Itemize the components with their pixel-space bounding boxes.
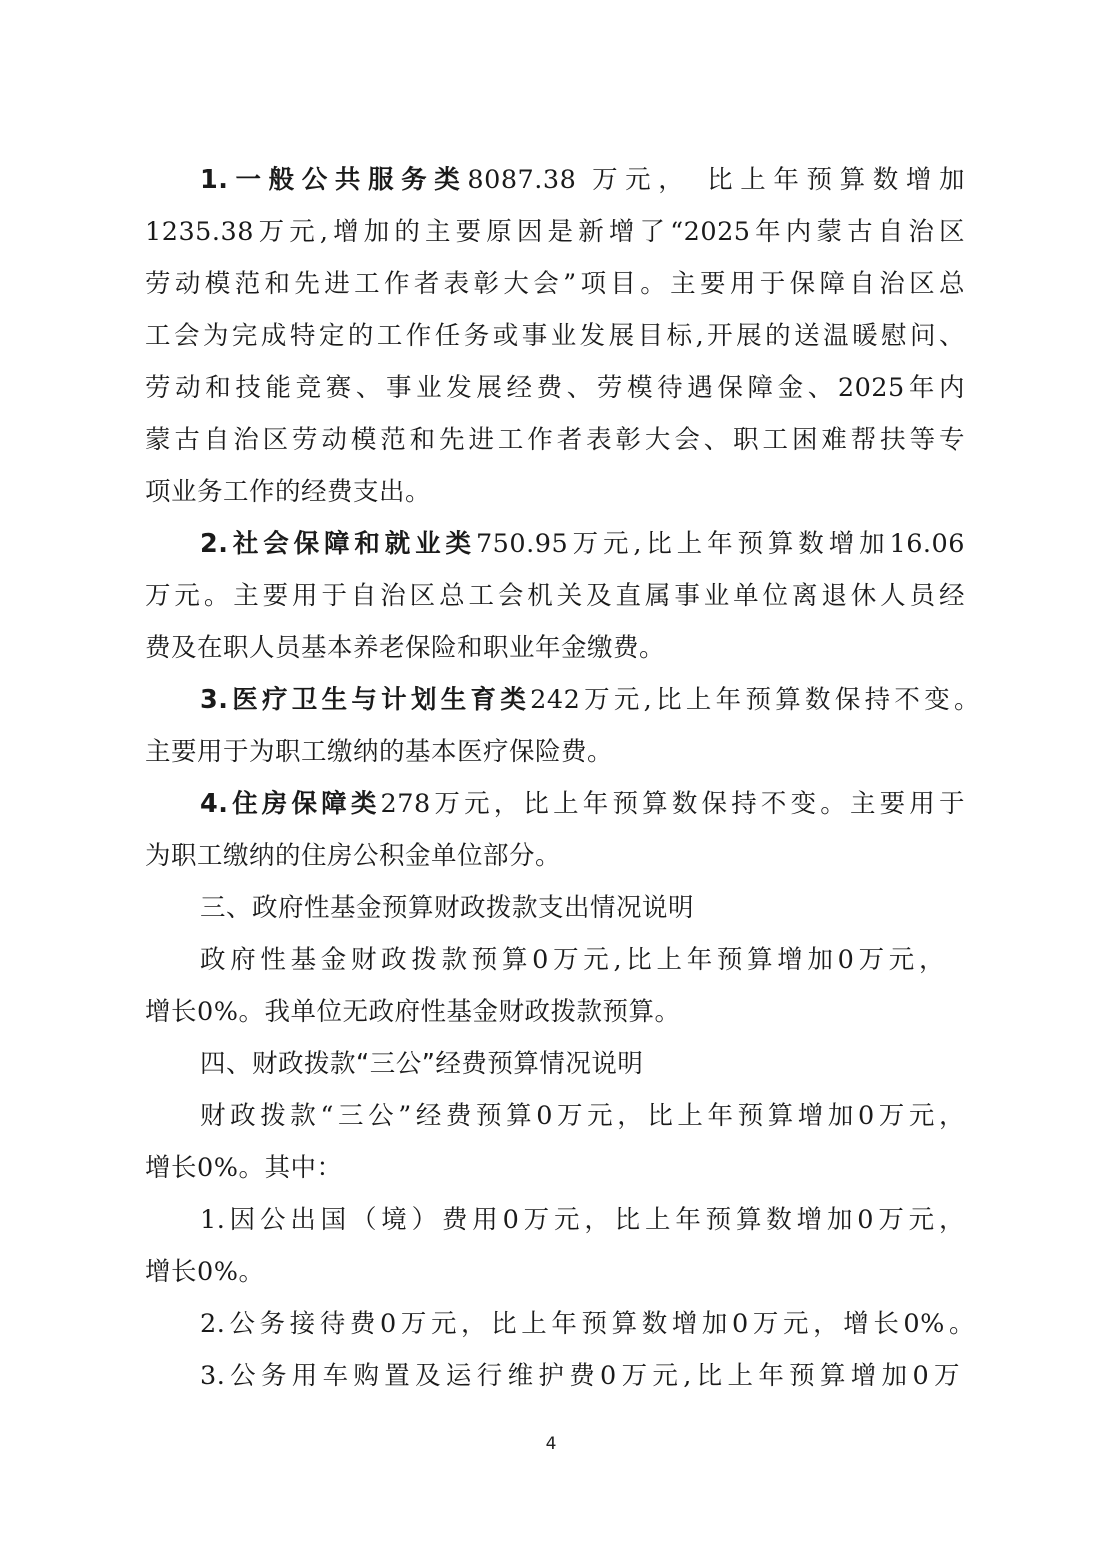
paragraph-line: 3.公务用车购置及运行维护费0万元,比上年预算增加0万: [200, 1350, 960, 1402]
paragraph-line: 项业务工作的经费支出。: [145, 466, 965, 518]
paragraph-line: 政府性基金财政拨款预算0万元,比上年预算增加0万元，: [200, 934, 945, 986]
page-number: 4: [0, 1434, 1102, 1454]
paragraph-line: 增长0%。: [145, 1246, 965, 1298]
item-text: 8087.38 万元， 比上年预算数增加: [467, 165, 965, 195]
item-text: 750.95万元,比上年预算数增加16.06: [476, 529, 965, 559]
paragraph-line: 蒙古自治区劳动模范和先进工作者表彰大会、职工困难帮扶等专: [145, 414, 965, 466]
paragraph-line: 劳动模范和先进工作者表彰大会”项目。主要用于保障自治区总: [145, 258, 965, 310]
paragraph-line: 2.社会保障和就业类750.95万元,比上年预算数增加16.06: [200, 518, 965, 570]
item-lead: 2.社会保障和就业类: [200, 529, 476, 559]
paragraph-line: 劳动和技能竞赛、事业发展经费、劳模待遇保障金、2025年内: [145, 362, 965, 414]
paragraph-line: 为职工缴纳的住房公积金单位部分。: [145, 830, 965, 882]
item-lead: 1.一般公共服务类: [200, 165, 467, 195]
paragraph-line: 1.一般公共服务类8087.38 万元， 比上年预算数增加: [200, 154, 965, 206]
paragraph-line: 增长0%。其中：: [145, 1142, 965, 1194]
item-text: 242万元,比上年预算数保持不变。: [530, 685, 980, 715]
paragraph-line: 费及在职人员基本养老保险和职业年金缴费。: [145, 622, 965, 674]
paragraph-line: 主要用于为职工缴纳的基本医疗保险费。: [145, 726, 965, 778]
paragraph-line: 1.因公出国（境）费用0万元，比上年预算数增加0万元，: [200, 1194, 965, 1246]
paragraph-line: 1235.38万元,增加的主要原因是新增了“2025年内蒙古自治区: [145, 206, 965, 258]
paragraph-line: 2.公务接待费0万元，比上年预算数增加0万元，增长0%。: [200, 1298, 975, 1350]
paragraph-line: 工会为完成特定的工作任务或事业发展目标,开展的送温暖慰问、: [145, 310, 965, 362]
document-page: 1.一般公共服务类8087.38 万元， 比上年预算数增加 1235.38万元,…: [0, 0, 1102, 1559]
item-lead: 3.医疗卫生与计划生育类: [200, 685, 530, 715]
paragraph-line: 4.住房保障类278万元，比上年预算数保持不变。主要用于: [200, 778, 965, 830]
item-text: 278万元，比上年预算数保持不变。主要用于: [381, 789, 965, 819]
paragraph-line: 3.医疗卫生与计划生育类242万元,比上年预算数保持不变。: [200, 674, 980, 726]
section-heading: 三、政府性基金预算财政拨款支出情况说明: [200, 882, 965, 934]
item-lead: 4.住房保障类: [200, 789, 381, 819]
section-heading: 四、财政拨款“三公”经费预算情况说明: [200, 1038, 965, 1090]
paragraph-line: 万元。主要用于自治区总工会机关及直属事业单位离退休人员经: [145, 570, 965, 622]
paragraph-line: 增长0%。我单位无政府性基金财政拨款预算。: [145, 986, 965, 1038]
paragraph-line: 财政拨款“三公”经费预算0万元，比上年预算增加0万元，: [200, 1090, 965, 1142]
